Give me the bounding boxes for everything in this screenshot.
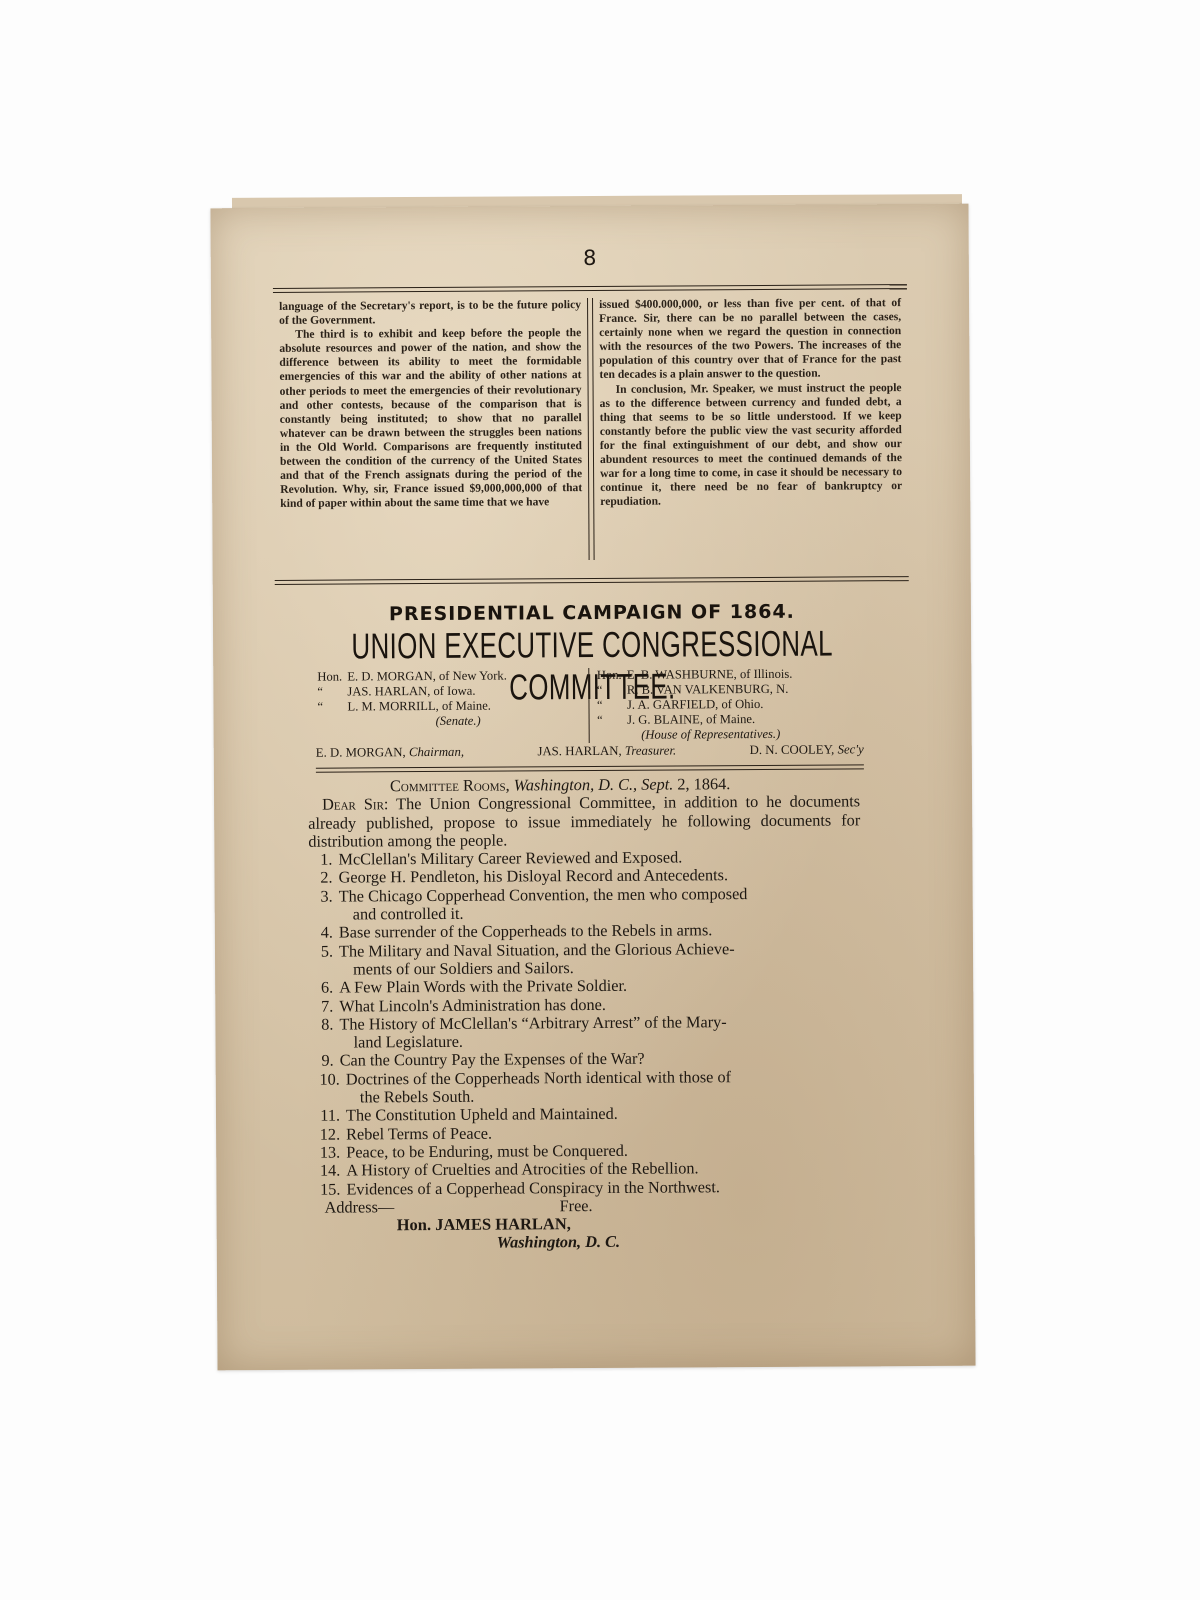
- document-item: 3.The Chicago Copperhead Convention, the…: [309, 884, 861, 924]
- document-number: 12.: [310, 1125, 346, 1144]
- document-item: 10.Doctrines of the Copperheads North id…: [310, 1067, 862, 1107]
- paragraph: The third is to exhibit and keep before …: [279, 326, 582, 511]
- document-number: 3.: [309, 887, 339, 924]
- committee-members: Hon.E. D. MORGAN, of New York.“JAS. HARL…: [313, 666, 863, 744]
- left-column: language of the Secretary's report, is t…: [273, 298, 589, 562]
- paragraph: In conclusion, Mr. Speaker, we must inst…: [600, 381, 903, 510]
- officer-role: Treasurer.: [625, 743, 676, 757]
- right-column: issued $400.000,000, or less than five p…: [593, 296, 909, 560]
- officer-role: Chairman,: [409, 745, 464, 759]
- document-number: 4.: [309, 924, 339, 942]
- member-row: “J. A. GARFIELD, of Ohio.: [597, 696, 864, 713]
- member-row: “L. M. MORRILL, of Maine.: [317, 698, 584, 715]
- member-row: Hon.E. B. WASHBURNE, of Illinois.: [597, 666, 864, 683]
- committee-officers: E. D. MORGAN, Chairman,JAS. HARLAN, Trea…: [316, 742, 864, 760]
- page-number: 8: [211, 244, 969, 273]
- member-prefix: Hon.: [597, 668, 627, 683]
- document-number: 9.: [310, 1052, 340, 1070]
- officer-name: JAS. HARLAN,: [537, 744, 625, 759]
- member-row: “J. G. BLAINE, of Maine.: [597, 711, 864, 728]
- member-prefix: “: [597, 713, 627, 728]
- document-title: The History of McClellan's “Arbitrary Ar…: [339, 1012, 861, 1052]
- member-name: E. D. MORGAN, of New York.: [347, 669, 507, 684]
- member-prefix: “: [597, 698, 627, 713]
- house-members: Hon.E. B. WASHBURNE, of Illinois.“R. B. …: [593, 666, 864, 743]
- member-name: J. G. BLAINE, of Maine.: [627, 712, 755, 727]
- officer: E. D. MORGAN, Chairman,: [316, 745, 464, 761]
- document-number: 14.: [310, 1162, 346, 1181]
- members-divider: [588, 668, 589, 743]
- senate-label: (Senate.): [436, 714, 481, 728]
- document-title: Evidences of a Copperhead Conspiracy in …: [346, 1177, 862, 1198]
- document-title: The Chicago Copperhead Convention, the m…: [339, 884, 861, 924]
- house-label: (House of Representatives.): [641, 727, 780, 742]
- document-item: 5.The Military and Naval Situation, and …: [309, 939, 861, 979]
- paragraph: language of the Secretary's report, is t…: [279, 298, 581, 328]
- document-number: 1.: [308, 851, 338, 869]
- document-number: 15.: [310, 1180, 346, 1199]
- member-name: JAS. HARLAN, of Iowa.: [347, 684, 475, 699]
- member-name: J. A. GARFIELD, of Ohio.: [627, 697, 764, 712]
- document-list: 1.McClellan's Military Career Reviewed a…: [308, 848, 862, 1199]
- senate-members: Hon.E. D. MORGAN, of New York.“JAS. HARL…: [313, 668, 584, 745]
- officer-name: E. D. MORGAN,: [316, 745, 409, 760]
- member-prefix: Hon.: [317, 669, 347, 684]
- document-number: 2.: [308, 869, 338, 887]
- officer: JAS. HARLAN, Treasurer.: [537, 743, 676, 759]
- member-name: E. B. WASHBURNE, of Illinois.: [627, 667, 793, 682]
- member-row: “JAS. HARLAN, of Iowa.: [317, 683, 584, 700]
- document-number: 6.: [309, 979, 339, 997]
- document-title: Doctrines of the Copperheads North ident…: [346, 1067, 862, 1107]
- member-name: R. B. VAN VALKENBURG, N.: [627, 682, 789, 697]
- officers-rule: [316, 764, 864, 772]
- section-rule: [275, 576, 909, 585]
- paragraph: issued $400.000,000, or less than five p…: [599, 296, 902, 382]
- document-number: 7.: [309, 997, 339, 1015]
- officer-role: Sec'y: [838, 742, 864, 756]
- document-number: 13.: [310, 1143, 346, 1162]
- member-prefix: “: [317, 699, 347, 714]
- member-prefix: “: [597, 683, 627, 698]
- document-number: 5.: [309, 942, 339, 979]
- document-number: 10.: [310, 1070, 346, 1107]
- member-prefix: “: [317, 684, 347, 699]
- salutation: Dear Sir: The Union Congressional Commit…: [308, 793, 860, 851]
- document-number: 11.: [310, 1107, 346, 1126]
- document-item: 8.The History of McClellan's “Arbitrary …: [309, 1012, 861, 1052]
- officer: D. N. COOLEY, Sec'y: [750, 742, 864, 758]
- member-row: Hon.E. D. MORGAN, of New York.: [317, 668, 584, 685]
- document-number: 8.: [309, 1015, 339, 1052]
- member-name: L. M. MORRILL, of Maine.: [347, 699, 491, 714]
- speech-columns: language of the Secretary's report, is t…: [273, 296, 909, 562]
- member-row: “R. B. VAN VALKENBURG, N.: [597, 681, 864, 698]
- address-city: Washington, D. C.: [311, 1232, 863, 1254]
- printed-page: 8 language of the Secretary's report, is…: [210, 204, 975, 1371]
- document-title: The Military and Naval Situation, and th…: [339, 939, 861, 979]
- officer-name: D. N. COOLEY,: [750, 743, 838, 758]
- top-rule: [273, 284, 907, 293]
- circular-letter: Committee Rooms, Washington, D. C., Sept…: [308, 774, 863, 1253]
